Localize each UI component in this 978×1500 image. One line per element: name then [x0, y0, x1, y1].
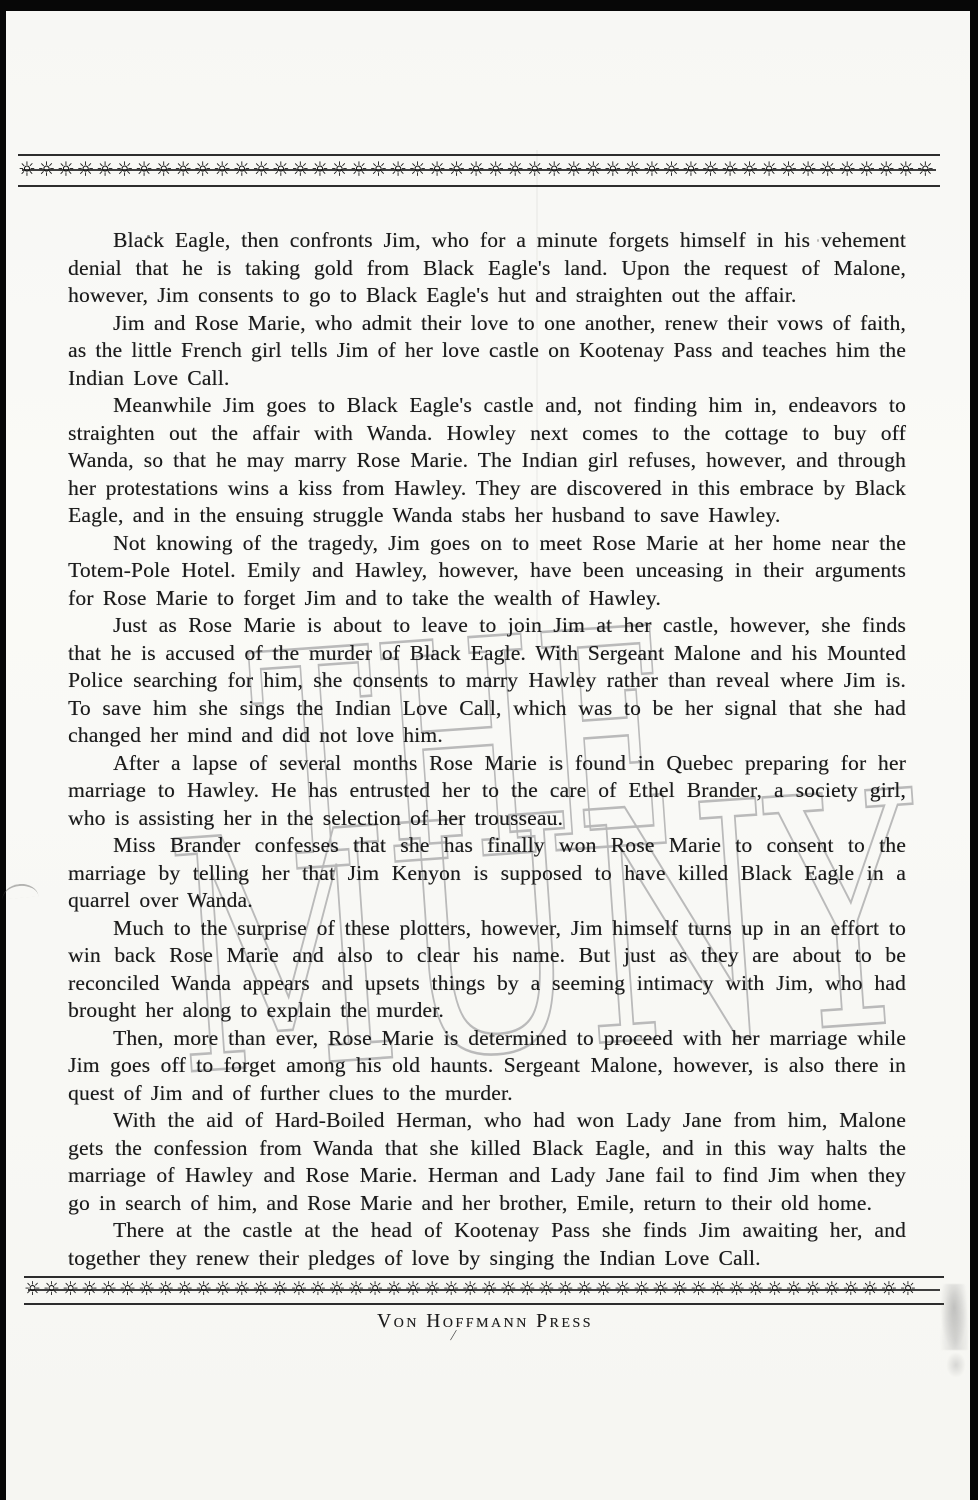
story-paragraph: Just as Rose Marie is about to leave to …: [68, 612, 906, 750]
scan-hair-mark: [1, 882, 38, 899]
scan-edge-top: [0, 0, 978, 11]
story-paragraph: Jim and Rose Marie, who admit their love…: [68, 310, 906, 393]
story-paragraph: Much to the surprise of these plotters, …: [68, 915, 906, 1025]
bottom-ornament-border: ☼☼☼☼☼☼☼☼☼☼☼☼☼☼☼☼☼☼☼☼☼☼☼☼☼☼☼☼☼☼☼☼☼☼☼☼☼☼☼☼…: [24, 1276, 944, 1316]
ink-speck: [147, 235, 150, 238]
story-paragraph: There at the castle at the head of Koote…: [68, 1217, 906, 1272]
story-paragraph: Then, more than ever, Rose Marie is dete…: [68, 1025, 906, 1108]
sun-ornament-row: ☼☼☼☼☼☼☼☼☼☼☼☼☼☼☼☼☼☼☼☼☼☼☼☼☼☼☼☼☼☼☼☼☼☼☼☼☼☼☼☼…: [18, 157, 940, 181]
ink-speck: [817, 239, 819, 242]
top-border-rule-upper: [18, 154, 940, 156]
printer-imprint: Von Hoffmann Press: [0, 1311, 970, 1333]
top-border-rule-lower: [18, 185, 940, 187]
story-paragraph: Meanwhile Jim goes to Black Eagle's cast…: [68, 392, 906, 530]
sun-ornament-row: ☼☼☼☼☼☼☼☼☼☼☼☼☼☼☼☼☼☼☼☼☼☼☼☼☼☼☼☼☼☼☼☼☼☼☼☼☼☼☼☼…: [24, 1278, 944, 1300]
synopsis-text-block: Black Eagle, then confronts Jim, who for…: [68, 227, 906, 1272]
scan-edge-right: [970, 0, 978, 1500]
scan-edge-left: [0, 0, 6, 1500]
story-paragraph: Black Eagle, then confronts Jim, who for…: [68, 227, 906, 310]
bottom-border-rule-lower: [24, 1303, 944, 1305]
story-paragraph: With the aid of Hard-Boiled Herman, who …: [68, 1107, 906, 1217]
scan-smudge: [940, 1284, 968, 1350]
story-paragraph: Miss Brander confesses that she has fina…: [68, 832, 906, 915]
story-paragraph: After a lapse of several months Rose Mar…: [68, 750, 906, 833]
story-paragraph: Not knowing of the tragedy, Jim goes on …: [68, 530, 906, 613]
scanned-program-page: THE MUNY ☼☼☼☼☼☼☼☼☼☼☼☼☼☼☼☼☼☼☼☼☼☼☼☼☼☼☼☼☼☼☼…: [0, 0, 978, 1500]
top-ornament-border: ☼☼☼☼☼☼☼☼☼☼☼☼☼☼☼☼☼☼☼☼☼☼☼☼☼☼☼☼☼☼☼☼☼☼☼☼☼☼☼☼…: [18, 154, 940, 194]
scan-smudge: [946, 1352, 966, 1378]
